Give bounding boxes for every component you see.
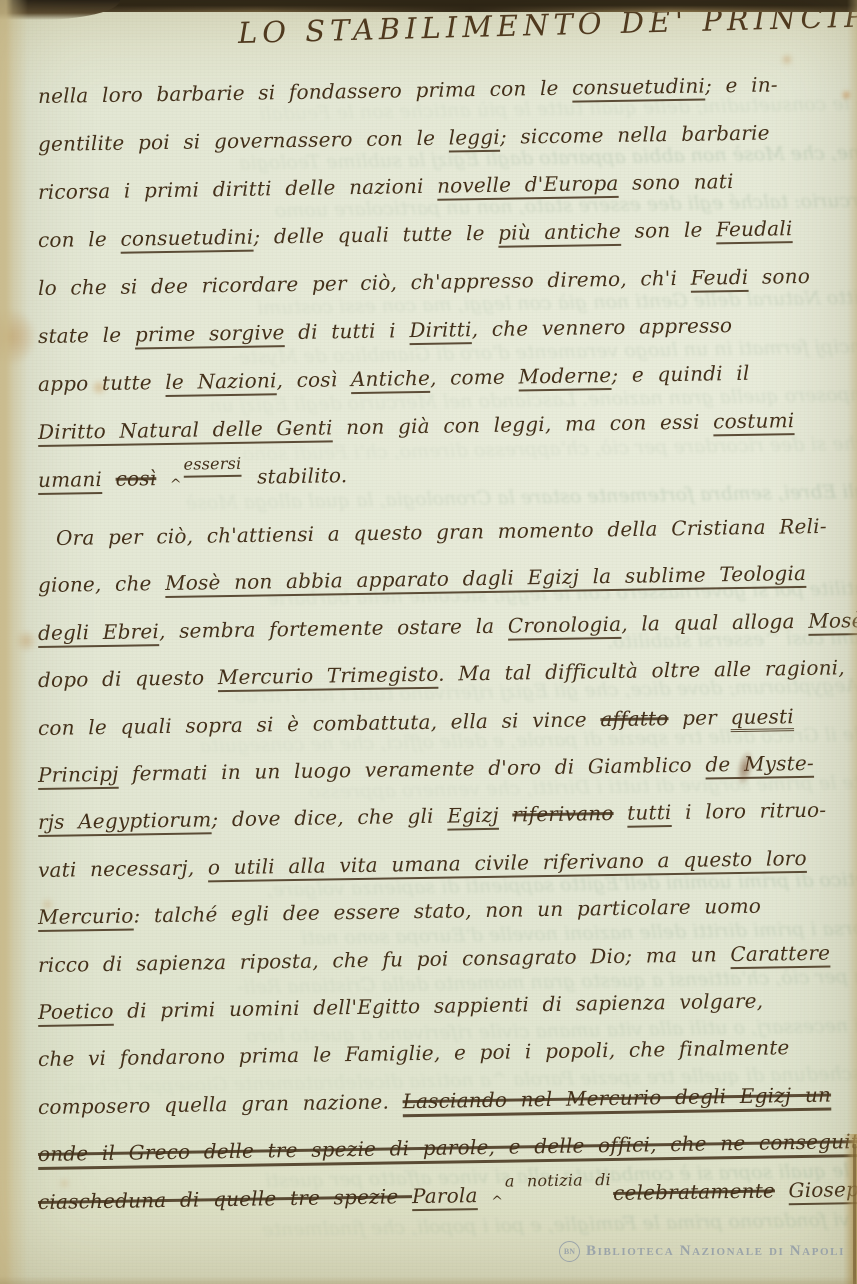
struck-text: onde il Greco delle tre spezie di parole…: [38, 1129, 857, 1166]
text-segment: son le: [621, 217, 716, 242]
bnn-logo-icon: BN: [559, 1241, 580, 1262]
manuscript-line: rjs Aegyptiorum; dove dice, che gli Egiz…: [38, 798, 827, 834]
manuscript-line: gentilite poi si governassero con le leg…: [38, 121, 770, 156]
text-segment: Ora per ciò, ch'attiensi a questo gran m…: [56, 514, 827, 550]
text-segment: con le quali sopra si è combattuta, ella…: [38, 707, 601, 740]
text-segment: che vi fondarono prima le Famiglie, e po…: [38, 1036, 790, 1072]
manuscript-line: appo tutte le Nazioni, così Antiche, com…: [38, 361, 750, 396]
manuscript-line: Diritto Natural delle Genti non già con …: [38, 408, 795, 444]
text-segment: [613, 801, 627, 825]
text-segment: questi: [730, 704, 794, 729]
text-segment: lo che si dee ricordare per ciò, ch'appr…: [38, 266, 691, 300]
manuscript-line: ricorsa i primi diritti delle nazioni no…: [38, 169, 734, 204]
text-segment: prime sorgive: [135, 320, 285, 346]
text-segment: ; e quindi il: [611, 361, 750, 387]
text-segment: umani: [38, 467, 102, 492]
text-segment: Parola: [412, 1183, 478, 1208]
text-segment: appo tutte: [38, 370, 166, 396]
text-segment: [102, 467, 116, 491]
text-segment: ricorsa i primi diritti delle nazioni: [38, 174, 437, 204]
manuscript-line: Ora per ciò, ch'attiensi a questo gran m…: [56, 514, 827, 550]
manuscript-line: umani così ^essersi stabilito.: [38, 463, 348, 492]
text-segment: di primi uomini dell'Egitto sappienti di…: [113, 989, 763, 1023]
text-segment: costumi: [713, 408, 795, 433]
manuscript-line: nella loro barbarie si fondassero prima …: [38, 72, 778, 108]
text-segment: ricco di sapienza riposta, che fu poi co…: [38, 942, 731, 977]
manuscript-line: degli Ebrei, sembra fortemente ostare la…: [38, 608, 857, 645]
text-segment: Feudali: [716, 216, 793, 241]
page-edge-right: [847, 0, 857, 1284]
text-segment: dopo di questo: [38, 665, 218, 692]
text-segment: gione, che: [38, 571, 166, 597]
manuscript-line: onde il Greco delle tre spezie di parole…: [38, 1129, 857, 1166]
text-segment: per: [668, 705, 730, 730]
text-segment: , sembra fortemente ostare la: [159, 613, 508, 642]
text-segment: , come: [430, 364, 519, 389]
text-segment: state le: [38, 322, 135, 348]
manuscript-line: Mercurio: talché egli dee essere stato, …: [38, 894, 761, 929]
text-segment: nella loro barbarie si fondassero prima …: [38, 76, 573, 108]
text-segment: le Nazioni: [165, 368, 277, 394]
struck-text: riferivano: [512, 801, 614, 827]
text-segment: consuetudini: [120, 225, 253, 251]
text-segment: Mercurio: [38, 904, 134, 929]
text-segment: , che vennero appresso: [471, 313, 732, 341]
manuscript-line: Poetico di primi uomini dell'Egitto sapp…: [38, 989, 764, 1024]
struck-text: Lasciando nel Mercurio degli Egizj un: [402, 1082, 831, 1113]
text-segment: Mosè non abbia apparato dagli Egizj la s…: [165, 561, 806, 595]
text-segment: più antiche: [498, 219, 621, 245]
text-segment: di tutti i: [284, 318, 409, 344]
text-segment: fermati in un luogo veramente d'oro di G…: [118, 753, 705, 786]
text-segment: ; siccome nella barbarie: [500, 121, 770, 149]
text-segment: gentilite poi si governassero con le: [38, 126, 449, 156]
text-segment: [156, 466, 170, 490]
text-segment: Principj: [38, 762, 119, 787]
text-segment: i loro ritruo-: [671, 798, 826, 824]
text-segment: tutti: [627, 800, 672, 825]
manuscript-line: con le quali sopra si è combattuta, ella…: [38, 704, 794, 740]
watermark-text: Biblioteca Nazionale di Napoli: [586, 1243, 845, 1260]
text-segment: rjs Aegyptiorum: [38, 808, 212, 835]
text-segment: Moderne: [518, 363, 611, 388]
manuscript-line: gione, che Mosè non abbia apparato dagli…: [38, 561, 807, 597]
manuscript-line: state le prime sorgive di tutti i Diritt…: [38, 313, 733, 348]
text-segment: Mercurio Trimegisto: [218, 662, 439, 689]
manuscript-lines: nella loro barbarie si fondassero prima …: [0, 0, 857, 1284]
manuscript-line: dopo di questo Mercurio Trimegisto. Ma t…: [38, 656, 845, 693]
text-segment: . Ma tal difficultà oltre alle ragioni,: [438, 656, 845, 686]
text-segment: [477, 1182, 491, 1206]
text-segment: degli Ebrei: [38, 619, 159, 645]
library-watermark: BN Biblioteca Nazionale di Napoli: [559, 1241, 845, 1262]
struck-text: ciascheduna di quelle tre spezie: [38, 1184, 412, 1214]
manuscript-page: con le consuetudini; delle quali tutte l…: [0, 0, 857, 1284]
text-segment: consuetudini: [572, 74, 705, 100]
manuscript-line: ciascheduna di quelle tre spezie Parola …: [38, 1175, 857, 1214]
text-segment: , la qual alloga: [621, 609, 808, 636]
manuscript-line: con le consuetudini; delle quali tutte l…: [38, 216, 793, 252]
manuscript-line: che vi fondarono prima le Famiglie, e po…: [38, 1036, 790, 1072]
caret-mark: ^: [491, 1193, 503, 1209]
page-edge-top: [0, 0, 857, 12]
text-segment: [775, 1178, 789, 1202]
manuscript-line: ricco di sapienza riposta, che fu poi co…: [38, 940, 831, 976]
text-segment: ; e in-: [705, 72, 778, 97]
text-segment: Cronologia: [508, 612, 622, 638]
page-edge-bottom: [0, 1276, 857, 1284]
manuscript-line: Principj fermati in un luogo veramente d…: [38, 751, 814, 787]
text-segment: stabilito.: [243, 463, 347, 489]
text-segment: Antiche: [351, 366, 430, 391]
manuscript-line: vati necessarj, o utili alla vita umana …: [38, 846, 807, 882]
text-segment: , così: [276, 367, 351, 392]
manuscript-line: composero quella gran nazione. Lasciando…: [38, 1082, 831, 1118]
text-segment: vati necessarj,: [38, 855, 208, 882]
text-segment: Diritti: [409, 317, 472, 342]
text-segment: ; dove dice, che gli: [211, 804, 447, 832]
struck-text: affatto: [600, 706, 669, 731]
inserted-text: a notizia di: [505, 1170, 611, 1191]
text-segment: Egizj: [447, 803, 499, 828]
page-corner-line: [853, 1144, 856, 1284]
text-segment: Diritto Natural delle Genti: [38, 415, 333, 444]
text-segment: novelle d'Europa: [437, 171, 619, 198]
manuscript-line: lo che si dee ricordare per ciò, ch'appr…: [38, 264, 810, 300]
text-segment: non già con leggi, ma con essi: [332, 409, 713, 439]
text-segment: Carattere: [730, 940, 830, 966]
text-segment: leggi: [448, 125, 500, 150]
text-segment: Poetico: [38, 999, 114, 1024]
inserted-text: essersi: [183, 454, 241, 474]
page-edge-left: [0, 0, 28, 1284]
text-segment: ; delle quali tutte le: [253, 221, 498, 249]
text-segment: [499, 803, 513, 827]
text-segment: o utili alla vita umana civile riferivan…: [208, 846, 807, 879]
text-segment: con le: [38, 227, 121, 252]
text-segment: sono: [748, 264, 810, 289]
struck-text: così: [115, 466, 156, 491]
struck-text: celebratamente: [613, 1178, 775, 1205]
text-segment: sono nati: [618, 169, 734, 195]
text-segment: de Myste-: [705, 751, 814, 777]
caret-mark: ^: [170, 477, 182, 493]
text-segment: Feudi: [690, 265, 748, 290]
text-segment: composero quella gran nazione.: [38, 1089, 403, 1119]
text-segment: : talché egli dee essere stato, non un p…: [133, 894, 761, 928]
